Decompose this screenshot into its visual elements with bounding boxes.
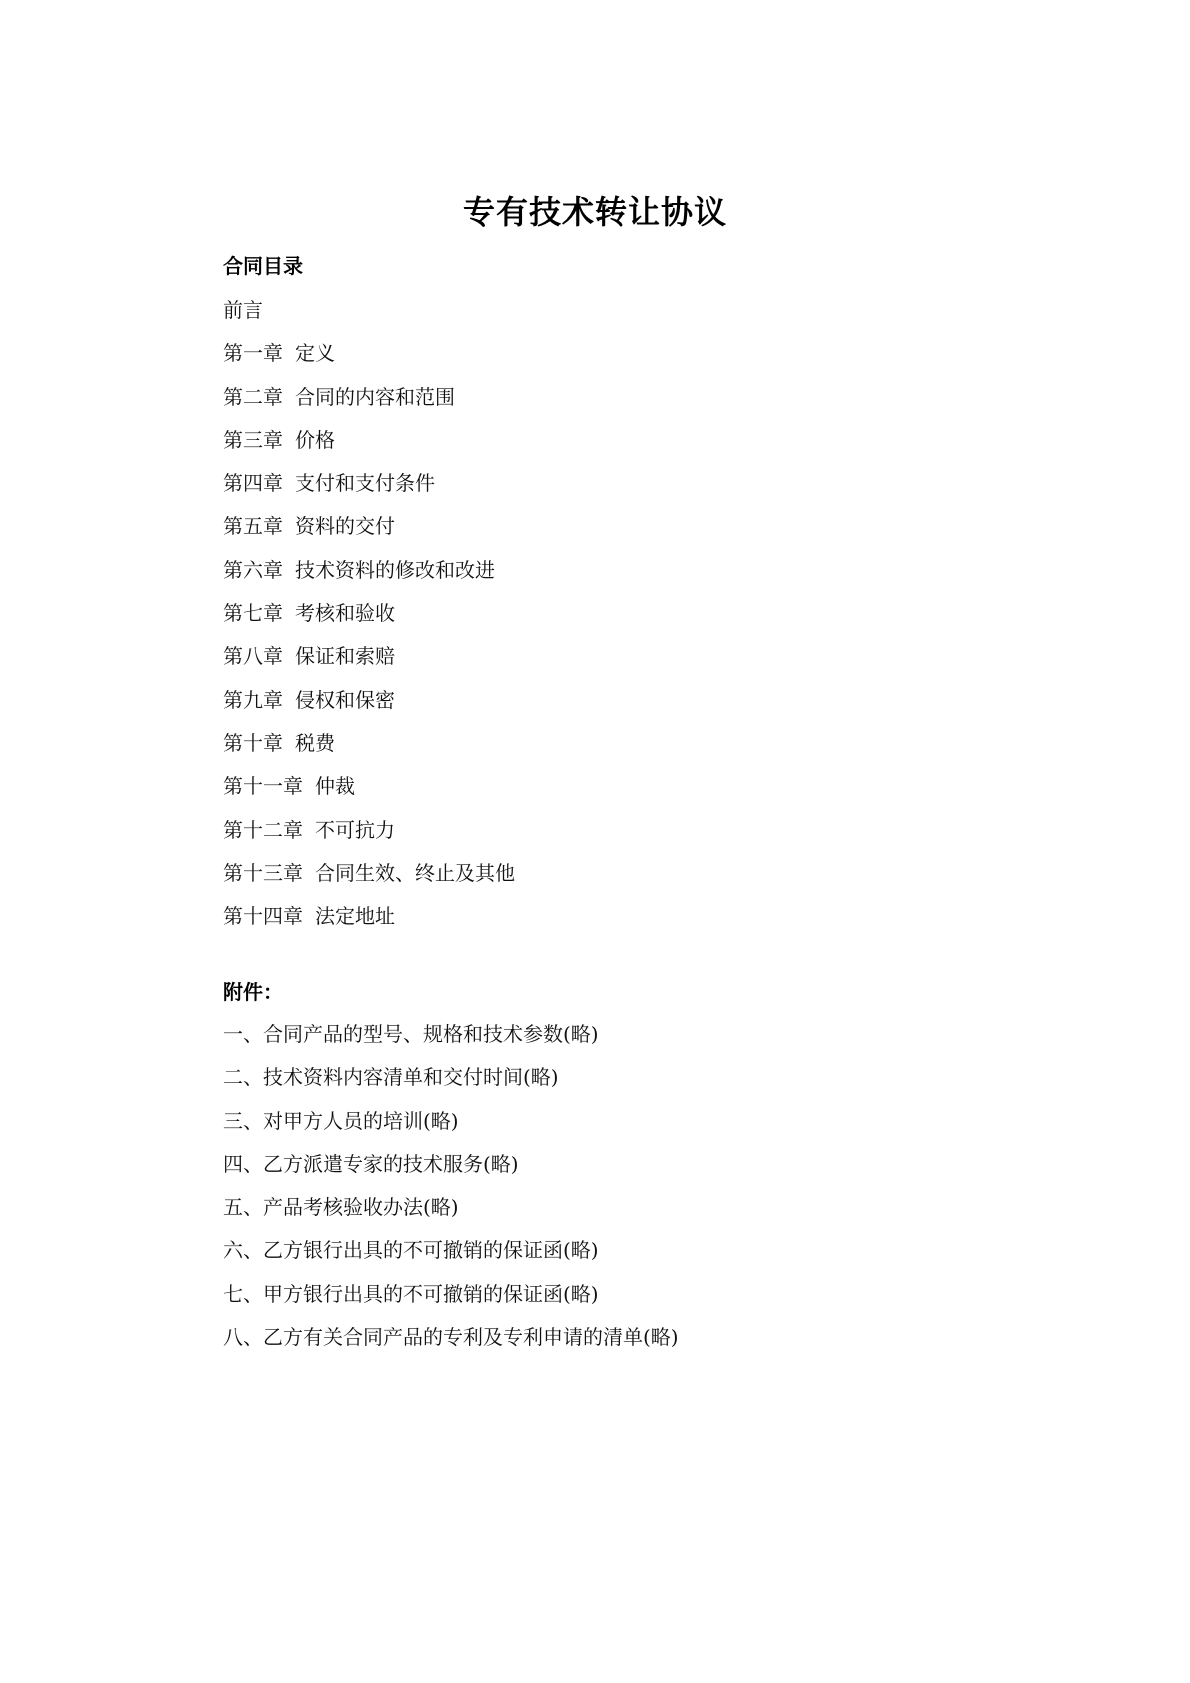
toc-item-title: 定义	[295, 341, 335, 365]
toc-item: 第六章技术资料的修改和改进	[223, 556, 515, 599]
toc-item: 第四章支付和支付条件	[223, 469, 515, 512]
attachment-item: 三、对甲方人员的培训(略)	[223, 1107, 679, 1150]
toc-item: 第三章价格	[223, 426, 515, 469]
toc-item-number: 第十章	[223, 729, 283, 757]
toc-item-title: 不可抗力	[315, 818, 395, 842]
toc-item: 第九章侵权和保密	[223, 686, 515, 729]
toc-item-number: 第五章	[223, 512, 283, 540]
toc-item-number: 第十三章	[223, 859, 303, 887]
toc-item-number: 第十四章	[223, 902, 303, 930]
toc-item: 第十三章合同生效、终止及其他	[223, 859, 515, 902]
toc-item: 第十章税费	[223, 729, 515, 772]
attachment-item: 一、合同产品的型号、规格和技术参数(略)	[223, 1020, 679, 1063]
toc-item-number: 前言	[223, 296, 263, 324]
toc-item: 第八章保证和索赔	[223, 642, 515, 685]
toc-list: 前言 第一章定义 第二章合同的内容和范围 第三章价格 第四章支付和支付条件 第五…	[223, 296, 515, 945]
toc-item-number: 第二章	[223, 383, 283, 411]
toc-item: 第十二章不可抗力	[223, 816, 515, 859]
toc-item-title: 支付和支付条件	[295, 471, 435, 495]
toc-item: 第十一章仲裁	[223, 772, 515, 815]
toc-item: 第二章合同的内容和范围	[223, 383, 515, 426]
toc-item-title: 仲裁	[315, 774, 355, 798]
toc-item: 第一章定义	[223, 339, 515, 382]
toc-item-number: 第十二章	[223, 816, 303, 844]
toc-item-number: 第七章	[223, 599, 283, 627]
toc-item-number: 第十一章	[223, 772, 303, 800]
toc-item-title: 侵权和保密	[295, 688, 395, 712]
attachments-list: 一、合同产品的型号、规格和技术参数(略) 二、技术资料内容清单和交付时间(略) …	[223, 1020, 679, 1366]
attachment-item: 五、产品考核验收办法(略)	[223, 1193, 679, 1236]
toc-item: 前言	[223, 296, 515, 339]
document-page: 专有技术转让协议 合同目录 前言 第一章定义 第二章合同的内容和范围 第三章价格…	[0, 0, 1190, 1683]
toc-item: 第十四章法定地址	[223, 902, 515, 945]
attachment-item: 七、甲方银行出具的不可撤销的保证函(略)	[223, 1280, 679, 1323]
toc-item-title: 法定地址	[315, 904, 395, 928]
attachments-heading: 附件：	[223, 978, 283, 1006]
attachment-item: 八、乙方有关合同产品的专利及专利申请的清单(略)	[223, 1323, 679, 1366]
toc-item-number: 第三章	[223, 426, 283, 454]
attachment-item: 六、乙方银行出具的不可撤销的保证函(略)	[223, 1236, 679, 1279]
toc-item-number: 第六章	[223, 556, 283, 584]
toc-item-number: 第四章	[223, 469, 283, 497]
toc-item-title: 价格	[295, 428, 335, 452]
toc-item-title: 资料的交付	[295, 514, 395, 538]
toc-item-title: 考核和验收	[295, 601, 395, 625]
toc-item: 第七章考核和验收	[223, 599, 515, 642]
toc-item-title: 合同生效、终止及其他	[315, 861, 515, 885]
toc-item-title: 技术资料的修改和改进	[295, 558, 495, 582]
toc-item-number: 第八章	[223, 642, 283, 670]
toc-item-title: 合同的内容和范围	[295, 385, 455, 409]
attachment-item: 二、技术资料内容清单和交付时间(略)	[223, 1063, 679, 1106]
toc-heading: 合同目录	[223, 252, 303, 280]
toc-item-number: 第九章	[223, 686, 283, 714]
attachment-item: 四、乙方派遣专家的技术服务(略)	[223, 1150, 679, 1193]
toc-item-title: 税费	[295, 731, 335, 755]
toc-item-number: 第一章	[223, 339, 283, 367]
document-title: 专有技术转让协议	[0, 190, 1190, 234]
toc-item-title: 保证和索赔	[295, 644, 395, 668]
toc-item: 第五章资料的交付	[223, 512, 515, 555]
